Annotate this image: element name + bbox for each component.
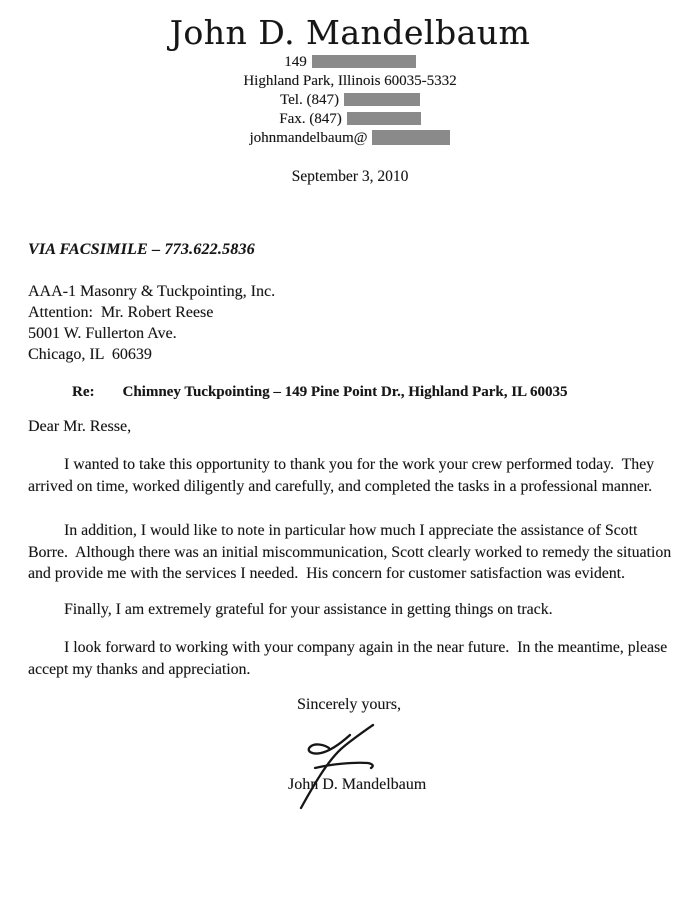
redaction-bar — [347, 112, 421, 125]
recipient-company: AAA-1 Masonry & Tuckpointing, Inc. — [28, 281, 700, 302]
letterhead-name: John D. Mandelbaum — [0, 13, 700, 53]
salutation: Dear Mr. Resse, — [28, 418, 700, 436]
letterhead-email-line: johnmandelbaum@ — [0, 129, 700, 148]
recipient-attention: Attention: Mr. Robert Reese — [28, 302, 700, 323]
redaction-bar — [372, 130, 450, 145]
recipient-street: 5001 W. Fullerton Ave. — [28, 323, 700, 344]
scanned-letter-page: John D. Mandelbaum 149 Highland Park, Il… — [0, 0, 700, 903]
letterhead-city-line: Highland Park, Illinois 60035-5332 — [0, 72, 700, 91]
closing-line: Sincerely yours, — [297, 696, 700, 714]
body-paragraph: I look forward to working with your comp… — [28, 637, 672, 680]
body-paragraph: In addition, I would like to note in par… — [28, 520, 672, 585]
subject-text: Chimney Tuckpointing – 149 Pine Point Dr… — [123, 384, 568, 401]
email-prefix: johnmandelbaum@ — [250, 130, 368, 146]
signature-printed-name: John D. Mandelbaum — [288, 776, 426, 794]
body-paragraph: I wanted to take this opportunity to tha… — [28, 454, 672, 497]
body-paragraph: Finally, I am extremely grateful for you… — [28, 599, 672, 621]
handwritten-signature — [280, 716, 420, 816]
subject-label: Re: — [72, 384, 95, 401]
subject-line: Re: Chimney Tuckpointing – 149 Pine Poin… — [72, 384, 672, 401]
letterhead: John D. Mandelbaum 149 Highland Park, Il… — [0, 0, 700, 148]
letterhead-street-line: 149 — [0, 53, 700, 72]
recipient-block: AAA-1 Masonry & Tuckpointing, Inc. Atten… — [28, 281, 700, 365]
street-number: 149 — [284, 54, 307, 70]
signature-block: John D. Mandelbaum — [280, 714, 520, 816]
letterhead-tel-line: Tel. (847) — [0, 91, 700, 110]
recipient-city-state-zip: Chicago, IL 60639 — [28, 344, 700, 365]
letter-date: September 3, 2010 — [0, 168, 700, 186]
fax-label: Fax. (847) — [279, 111, 342, 127]
redaction-bar — [312, 55, 416, 68]
tel-label: Tel. (847) — [280, 92, 339, 108]
letterhead-fax-line: Fax. (847) — [0, 110, 700, 129]
delivery-method-line: VIA FACSIMILE – 773.622.5836 — [28, 241, 700, 259]
redaction-bar — [344, 93, 420, 106]
